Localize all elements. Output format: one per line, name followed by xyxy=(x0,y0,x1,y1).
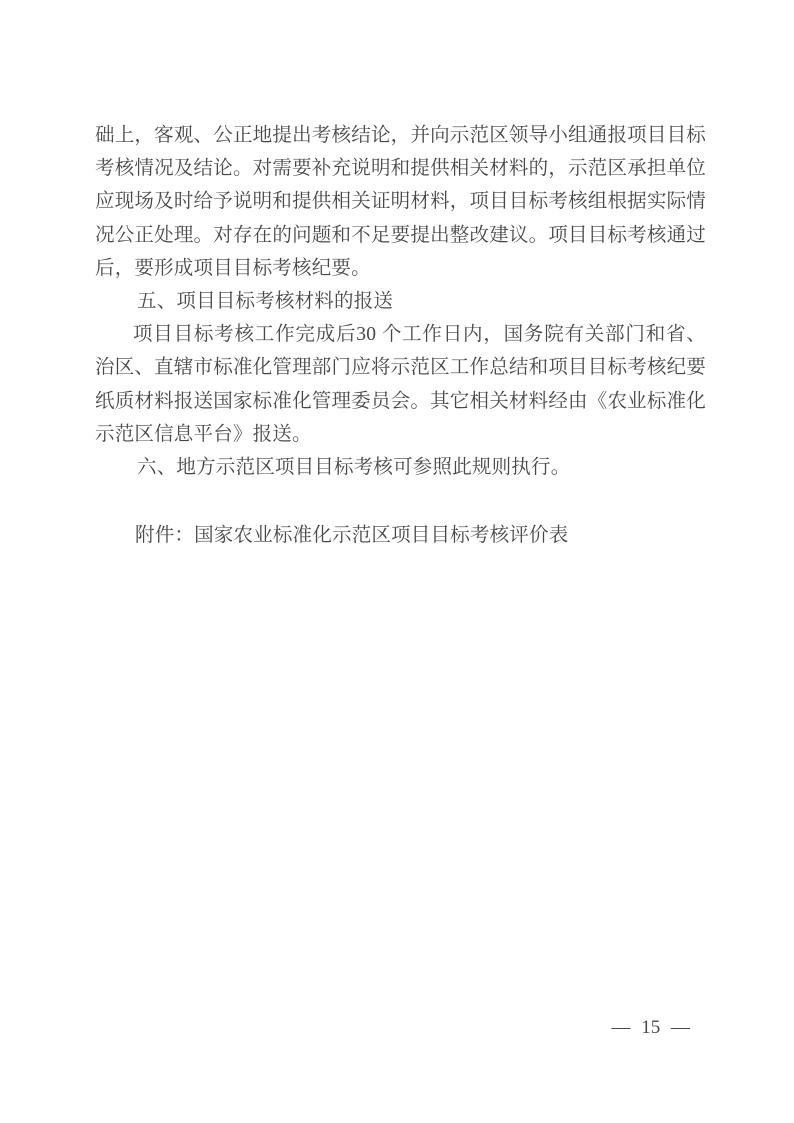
attachment-note: 附件：国家农业标准化示范区项目目标考核评价表 xyxy=(95,519,706,552)
section-6-line: 六、地方示范区项目目标考核可参照此规则执行。 xyxy=(95,451,706,484)
document-body: 础上，客观、公正地提出考核结论，并向示范区领导小组通报项目目标 考核情况及结论。… xyxy=(95,119,706,552)
body-line-7: 项目目标考核工作完成后30 个工作日内，国务院有关部门和省、自 xyxy=(95,318,706,351)
body-line-4: 况公正处理。对存在的问题和不足要提出整改建议。项目目标考核通过 xyxy=(95,219,706,252)
page-number: — 15 — xyxy=(612,1017,691,1038)
body-line-5: 后，要形成项目目标考核纪要。 xyxy=(95,252,706,285)
body-line-10: 示范区信息平台》报送。 xyxy=(95,418,706,451)
section-5-heading: 五、项目目标考核材料的报送 xyxy=(95,285,706,318)
body-line-8: 治区、直辖市标准化管理部门应将示范区工作总结和项目目标考核纪要 xyxy=(95,351,706,384)
body-line-1: 础上，客观、公正地提出考核结论，并向示范区领导小组通报项目目标 xyxy=(95,119,706,152)
body-line-2: 考核情况及结论。对需要补充说明和提供相关材料的，示范区承担单位 xyxy=(95,152,706,185)
page-footer: — 15 — xyxy=(612,1014,691,1042)
blank-gap xyxy=(95,484,706,519)
document-page: 础上，客观、公正地提出考核结论，并向示范区领导小组通报项目目标 考核情况及结论。… xyxy=(0,0,794,1123)
body-line-3: 应现场及时给予说明和提供相关证明材料，项目目标考核组根据实际情 xyxy=(95,185,706,218)
body-line-9: 纸质材料报送国家标准化管理委员会。其它相关材料经由《农业标准化 xyxy=(95,385,706,418)
